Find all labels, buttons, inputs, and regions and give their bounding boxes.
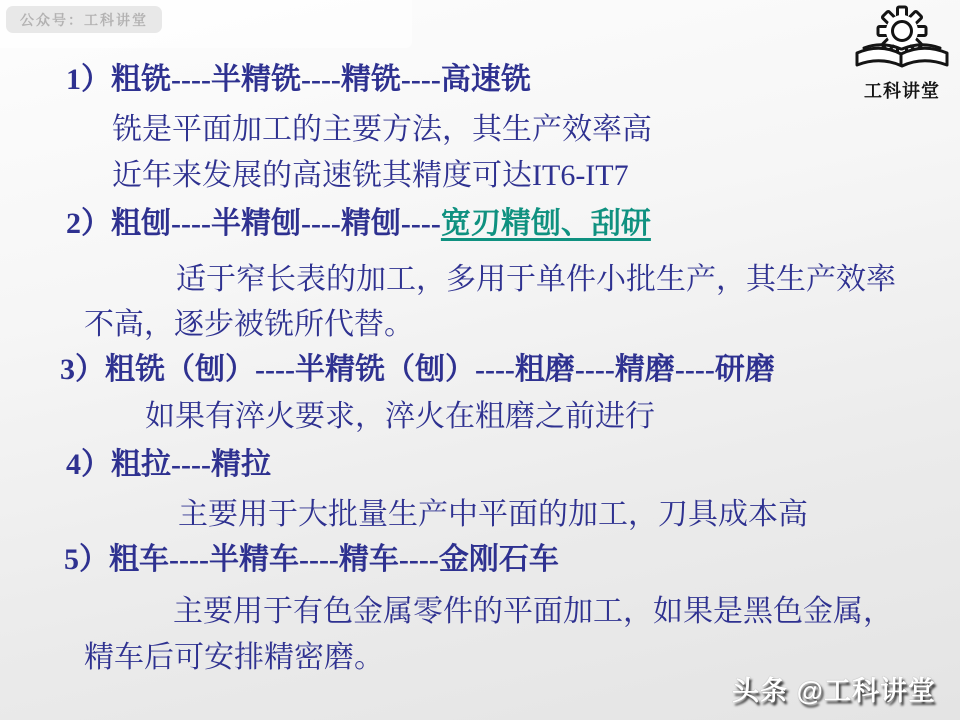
route-3-heading: 3）粗铣（刨）----半精铣（刨）----粗磨----精磨----研磨: [60, 352, 775, 388]
route-3-note-1: 如果有淬火要求，淬火在粗磨之前进行: [145, 399, 655, 435]
route-4-heading: 4）粗拉----精拉: [66, 447, 271, 483]
wechat-badge-label: 公众号：工科讲堂: [20, 10, 148, 30]
toutiao-watermark: 头条 @工科讲堂: [732, 669, 936, 708]
gear-book-icon: [854, 4, 950, 79]
brand-logo: 工科讲堂: [852, 4, 952, 103]
wechat-account-badge: 公众号：工科讲堂: [6, 6, 162, 33]
route-4-note-1: 主要用于大批量生产中平面的加工，刀具成本高: [178, 497, 808, 533]
logo-label: 工科讲堂: [864, 77, 940, 103]
wide-blade-finishing-link[interactable]: 宽刃精刨、刮研: [441, 207, 651, 240]
route-5-note-2: 精车后可安排精密磨。: [84, 640, 384, 676]
route-1-note-2: 近年来发展的高速铣其精度可达IT6-IT7: [112, 158, 629, 194]
route-2-heading-prefix: 2）粗刨----半精刨----精刨----: [66, 207, 441, 240]
route-1-note-1: 铣是平面加工的主要方法，其生产效率高: [112, 112, 652, 148]
route-2-note-1: 适于窄长表的加工，多用于单件小批生产，其生产效率: [176, 262, 896, 298]
route-2-note-2: 不高，逐步被铣所代替。: [84, 307, 414, 343]
slide: 公众号：工科讲堂: [0, 0, 960, 720]
route-5-note-1: 主要用于有色金属零件的平面加工，如果是黑色金属，: [173, 594, 893, 630]
route-1-heading: 1）粗铣----半精铣----精铣----高速铣: [66, 62, 531, 98]
route-5-heading: 5）粗车----半精车----精车----金刚石车: [64, 542, 559, 578]
route-2-heading: 2）粗刨----半精刨----精刨----宽刃精刨、刮研: [66, 206, 651, 242]
